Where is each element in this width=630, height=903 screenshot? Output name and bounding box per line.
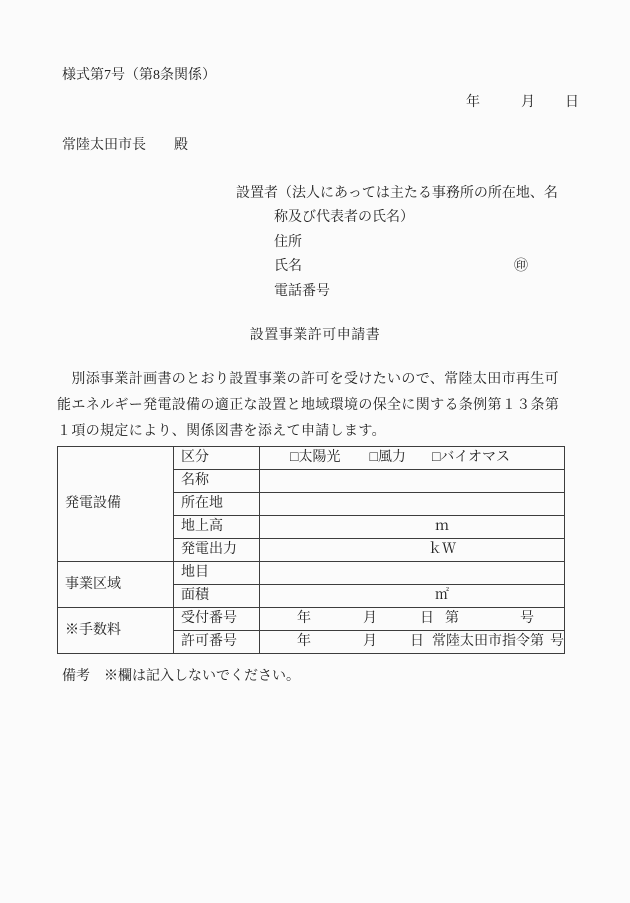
permit-no-suffix: 号 xyxy=(550,631,564,653)
checkbox-icon[interactable]: □ xyxy=(369,450,377,465)
remarks-note: 備考 ※欄は記入しないでください。 xyxy=(62,665,300,685)
receipt-number-cell: 年 月 日 第 号 xyxy=(260,608,565,631)
group-label-equipment: 発電設備 xyxy=(58,447,174,562)
applicant-name-row: 氏名 ㊞ xyxy=(274,255,528,279)
body-line: １項の規定により、関係図書を添えて申請します。 xyxy=(57,419,577,445)
receipt-no-suffix: 号 xyxy=(520,608,534,630)
row-label-height: 地上高 xyxy=(174,516,260,539)
permit-number-cell: 年 月 日 常陸太田市指令第 号 xyxy=(260,631,565,654)
option-wind: □風力 xyxy=(369,447,405,469)
form-number: 様式第7号（第8条関係） xyxy=(62,64,216,84)
receipt-no-prefix: 第 xyxy=(445,608,459,630)
table-row-land: 事業区域 地目 xyxy=(58,562,565,585)
height-input-cell[interactable]: ｍ xyxy=(260,516,565,539)
application-table: 発電設備 区分 □太陽光 □風力 □バイオマス 名称 所在地 地上高 ｍ 発電出… xyxy=(57,446,565,654)
date-line: 年 月 日 xyxy=(466,91,579,111)
date-day-label: 日 xyxy=(565,91,579,111)
option-solar: □太陽光 xyxy=(290,447,340,469)
receipt-day-label: 日 xyxy=(420,608,434,630)
location-input-cell[interactable] xyxy=(260,493,565,516)
permit-year-label: 年 xyxy=(297,631,311,653)
date-year-label: 年 xyxy=(466,91,480,111)
surface-input-cell[interactable]: ㎡ xyxy=(260,585,565,608)
body-paragraph: 別添事業計画書のとおり設置事業の許可を受けたいので、常陸太田市再生可 能エネルギ… xyxy=(57,367,577,444)
applicant-block: 設置者（法人にあっては主たる事務所の所在地、名 称及び代表者の氏名） 住所 氏名… xyxy=(236,182,558,304)
applicant-label-line1: 設置者（法人にあっては主たる事務所の所在地、名 xyxy=(236,182,558,206)
row-label-name: 名称 xyxy=(174,470,260,493)
seal-icon: ㊞ xyxy=(514,255,528,279)
option-solar-label: 太陽光 xyxy=(298,450,340,465)
document-page: 様式第7号（第8条関係） 年 月 日 常陸太田市長 殿 設置者（法人にあっては主… xyxy=(0,0,630,903)
option-biomass: □バイオマス xyxy=(432,447,510,469)
table-row-category: 発電設備 区分 □太陽光 □風力 □バイオマス xyxy=(58,447,565,470)
group-label-area: 事業区域 xyxy=(58,562,174,608)
addressee: 常陸太田市長 殿 xyxy=(62,134,188,154)
row-label-location: 所在地 xyxy=(174,493,260,516)
row-label-surface: 面積 xyxy=(174,585,260,608)
table-row-receipt: ※手数料 受付番号 年 月 日 第 号 xyxy=(58,608,565,631)
row-label-receipt: 受付番号 xyxy=(174,608,260,631)
row-label-output: 発電出力 xyxy=(174,539,260,562)
option-biomass-label: バイオマス xyxy=(440,450,510,465)
row-label-permit: 許可番号 xyxy=(174,631,260,654)
row-label-land: 地目 xyxy=(174,562,260,585)
output-input-cell[interactable]: ｋＷ xyxy=(260,539,565,562)
permit-day-label: 日 xyxy=(410,631,424,653)
receipt-year-label: 年 xyxy=(297,608,311,630)
receipt-month-label: 月 xyxy=(363,608,377,630)
applicant-phone-label: 電話番号 xyxy=(274,280,558,304)
category-options-cell: □太陽光 □風力 □バイオマス xyxy=(260,447,565,470)
name-input-cell[interactable] xyxy=(260,470,565,493)
applicant-label-line2: 称及び代表者の氏名） xyxy=(274,206,558,230)
body-line: 別添事業計画書のとおり設置事業の許可を受けたいので、常陸太田市再生可 xyxy=(57,367,577,393)
permit-month-label: 月 xyxy=(363,631,377,653)
body-line: 能エネルギー発電設備の適正な設置と地域環境の保全に関する条例第１３条第 xyxy=(57,393,577,419)
group-label-fee: ※手数料 xyxy=(58,608,174,654)
date-month-label: 月 xyxy=(521,91,535,111)
applicant-address-label: 住所 xyxy=(274,231,558,255)
row-label-category: 区分 xyxy=(174,447,260,470)
option-wind-label: 風力 xyxy=(378,450,406,465)
permit-no-prefix: 常陸太田市指令第 xyxy=(432,631,544,653)
page-title: 設置事業許可申請書 xyxy=(0,324,630,344)
applicant-name-label: 氏名 xyxy=(274,255,302,279)
land-input-cell[interactable] xyxy=(260,562,565,585)
